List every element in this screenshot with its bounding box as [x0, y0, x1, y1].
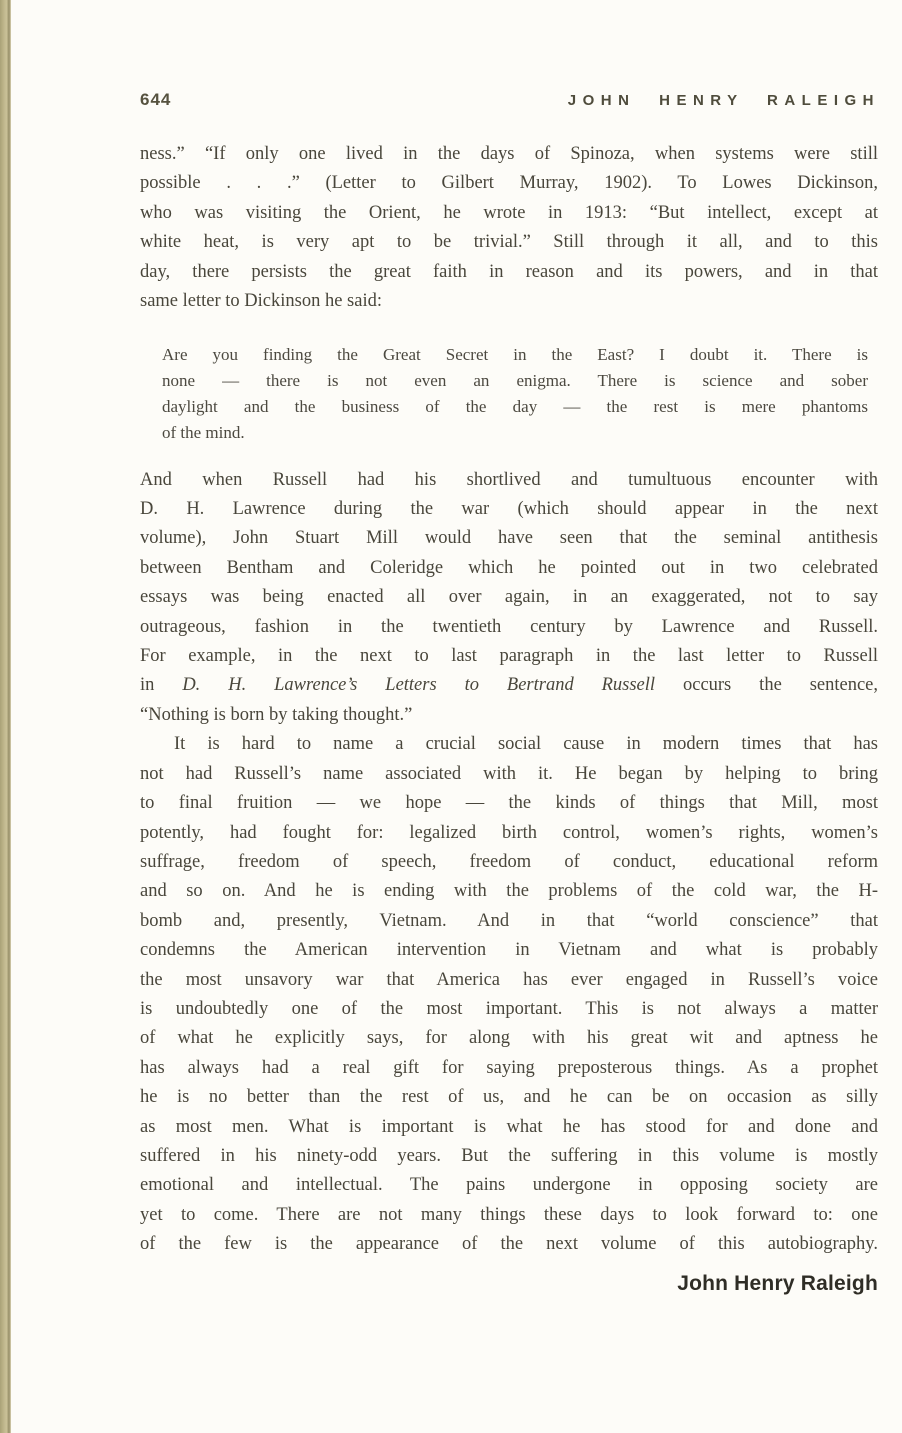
text-line: And when Russell had his shortlived and … — [140, 466, 878, 495]
text-line: of the few is the appearance of the next… — [140, 1230, 878, 1259]
page-number: 644 — [140, 90, 171, 110]
text-line: It is hard to name a crucial social caus… — [140, 730, 878, 759]
text-line: condemns the American intervention in Vi… — [140, 936, 878, 965]
paragraph: And when Russell had his shortlived and … — [140, 466, 878, 731]
book-spine-edge — [0, 0, 11, 1433]
text-line: to final fruition — we hope — the kinds … — [140, 789, 878, 818]
text-block: ness.” “If only one lived in the days of… — [140, 140, 878, 1296]
text-line: the most unsavory war that America has e… — [140, 966, 878, 995]
running-head-author: JOHN HENRY RALEIGH — [568, 92, 880, 109]
text-line: D. H. Lawrence during the war (which sho… — [140, 495, 878, 524]
text-line: For example, in the next to last paragra… — [140, 642, 878, 671]
text-line: Are you finding the Great Secret in the … — [162, 342, 868, 368]
text-line: potently, had fought for: legalized birt… — [140, 819, 878, 848]
text-line: “Nothing is born by taking thought.” — [140, 701, 878, 730]
text-line: in D. H. Lawrence’s Letters to Bertrand … — [140, 671, 878, 700]
text-line: is undoubtedly one of the most important… — [140, 995, 878, 1024]
text-line: volume), John Stuart Mill would have see… — [140, 524, 878, 553]
text-line: daylight and the business of the day — t… — [162, 394, 868, 420]
block-quote: Are you finding the Great Secret in the … — [162, 342, 868, 445]
text-line: possible . . .” (Letter to Gilbert Murra… — [140, 169, 878, 198]
author-signature: John Henry Raleigh — [140, 1272, 878, 1296]
page-header: 644 JOHN HENRY RALEIGH — [140, 90, 880, 110]
scanned-book-page: 644 JOHN HENRY RALEIGH ness.” “If only o… — [0, 0, 902, 1433]
text-line: none — there is not even an enigma. Ther… — [162, 368, 868, 394]
text-line: between Bentham and Coleridge which he p… — [140, 554, 878, 583]
text-line: outrageous, fashion in the twentieth cen… — [140, 613, 878, 642]
text-line: he is no better than the rest of us, and… — [140, 1083, 878, 1112]
paragraph: It is hard to name a crucial social caus… — [140, 730, 878, 1259]
text-line: day, there persists the great faith in r… — [140, 258, 878, 287]
text-line: white heat, is very apt to be trivial.” … — [140, 228, 878, 257]
text-line: suffered in his ninety-odd years. But th… — [140, 1142, 878, 1171]
text-line: as most men. What is important is what h… — [140, 1113, 878, 1142]
text-line: essays was being enacted all over again,… — [140, 583, 878, 612]
paragraph: ness.” “If only one lived in the days of… — [140, 140, 878, 316]
text-line: ness.” “If only one lived in the days of… — [140, 140, 878, 169]
text-line: emotional and intellectual. The pains un… — [140, 1171, 878, 1200]
text-line: yet to come. There are not many things t… — [140, 1201, 878, 1230]
text-line: has always had a real gift for saying pr… — [140, 1054, 878, 1083]
text-line: and so on. And he is ending with the pro… — [140, 877, 878, 906]
text-line: not had Russell’s name associated with i… — [140, 760, 878, 789]
text-line: same letter to Dickinson he said: — [140, 287, 878, 316]
text-line: who was visiting the Orient, he wrote in… — [140, 199, 878, 228]
text-line: suffrage, freedom of speech, freedom of … — [140, 848, 878, 877]
text-line: of what he explicitly says, for along wi… — [140, 1024, 878, 1053]
text-line: of the mind. — [162, 420, 868, 446]
text-line: bomb and, presently, Vietnam. And in tha… — [140, 907, 878, 936]
